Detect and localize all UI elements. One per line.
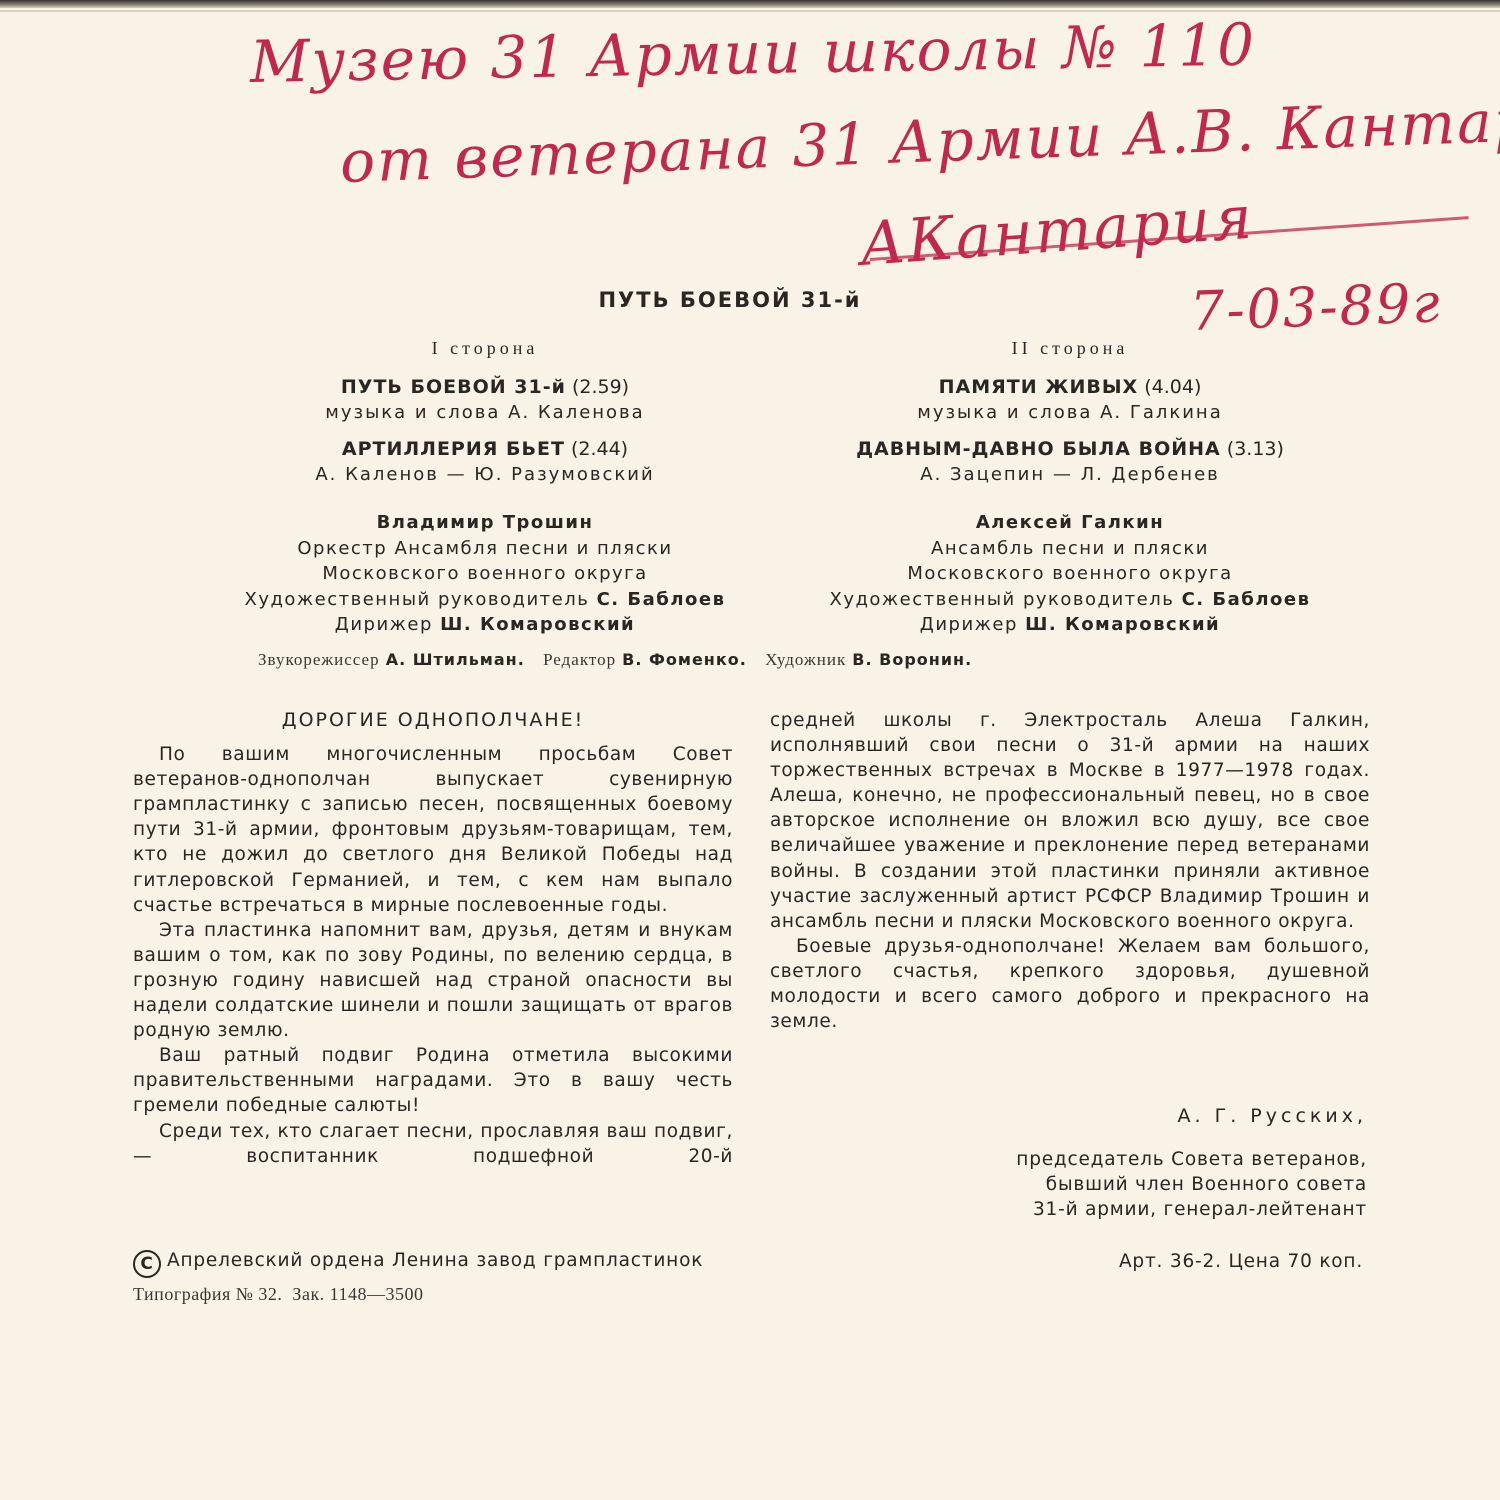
performers: Владимир Трошин Оркестр Ансамбля песни и… (195, 510, 775, 638)
letter-signature: А. Г. Русских, председатель Совета ветер… (1016, 1105, 1367, 1222)
track-title: АРТИЛЛЕРИЯ БЬЕТ (2.44) (195, 436, 775, 462)
artist-label: Художник (765, 650, 846, 669)
track-title: ДАВНЫМ-ДАВНО БЫЛА ВОЙНА (3.13) (770, 436, 1370, 462)
conductor-name: Ш. Комаровский (440, 614, 635, 635)
album-title: ПУТЬ БОЕВОЙ 31-й (0, 288, 1460, 312)
conductor-line: Дирижер Ш. Комаровский (770, 612, 1370, 638)
letter-paragraph: Эта пластинка напомнит вам, друзья, детя… (133, 918, 733, 1043)
track-credit: А. Каленов — Ю. Разумовский (195, 462, 775, 488)
performer-name: Алексей Галкин (976, 512, 1164, 533)
sleeve-top-edge (0, 0, 1500, 8)
signer-title: бывший член Военного совета (1016, 1172, 1367, 1197)
track-title: ПАМЯТИ ЖИВЫХ (4.04) (770, 374, 1370, 400)
letter-paragraph: По вашим многочисленным просьбам Совет в… (133, 742, 733, 918)
letter-paragraph: средней школы г. Электросталь Алеша Галк… (770, 708, 1370, 934)
publisher-line: CАпрелевский ордена Ленина завод грампла… (133, 1250, 703, 1278)
artist-name: В. Воронин. (852, 650, 972, 669)
signer-title: председатель Совета ветеранов, (1016, 1147, 1367, 1172)
performer-name: Владимир Трошин (377, 512, 594, 533)
conductor-label: Дирижер (335, 614, 433, 635)
letter-paragraph: Боевые друзья-однополчане! Желаем вам бо… (770, 934, 1370, 1034)
track-name: АРТИЛЛЕРИЯ БЬЕТ (342, 438, 565, 460)
printing-info: Типография № 32. Зак. 1148—3500 (133, 1284, 424, 1305)
side-one: I сторона ПУТЬ БОЕВОЙ 31-й (2.59) музыка… (195, 338, 775, 638)
letter-paragraph: Ваш ратный подвиг Родина отметила высоки… (133, 1043, 733, 1118)
director-name: С. Баблоев (1182, 589, 1311, 610)
ensemble-line: Московского военного округа (195, 561, 775, 587)
conductor-line: Дирижер Ш. Комаровский (195, 612, 775, 638)
letter-right-column: средней школы г. Электросталь Алеша Галк… (770, 708, 1370, 1034)
performers: Алексей Галкин Ансамбль песни и пляски М… (770, 510, 1370, 638)
handwritten-signature: АКантария (858, 183, 1257, 280)
sound-engineer-label: Звукорежиссер (258, 650, 380, 669)
track-credit: музыка и слова А. Галкина (770, 400, 1370, 426)
track-name: ПАМЯТИ ЖИВЫХ (939, 376, 1139, 398)
side-two: II сторона ПАМЯТИ ЖИВЫХ (4.04) музыка и … (770, 338, 1370, 638)
ensemble-line: Ансамбль песни и пляски (770, 536, 1370, 562)
sound-engineer-name: А. Штильман. (386, 650, 525, 669)
editor-label: Редактор (543, 650, 616, 669)
editor-name: В. Фоменко. (622, 650, 747, 669)
handwritten-dedication-line-2: от ветерана 31 Армии А.В. Кантария (339, 84, 1500, 196)
track-duration: (2.59) (572, 376, 629, 398)
director-line: Художественный руководитель С. Баблоев (195, 587, 775, 613)
handwritten-dedication-line-1: Музею 31 Армии школы № 110 (249, 10, 1256, 96)
letter-paragraph: Среди тех, кто слагает песни, прославляя… (133, 1119, 733, 1169)
track-credit: А. Зацепин — Л. Дербенев (770, 462, 1370, 488)
conductor-name: Ш. Комаровский (1025, 614, 1220, 635)
track-title: ПУТЬ БОЕВОЙ 31-й (2.59) (195, 374, 775, 400)
signer-name: А. Г. Русских, (1016, 1105, 1367, 1127)
track-duration: (2.44) (571, 438, 628, 460)
director-label: Художественный руководитель (244, 589, 589, 610)
director-label: Художественный руководитель (829, 589, 1174, 610)
sleeve-fold-line (0, 10, 1500, 12)
copyright-icon: C (133, 1250, 161, 1278)
track-duration: (4.04) (1144, 376, 1201, 398)
director-line: Художественный руководитель С. Баблоев (770, 587, 1370, 613)
side-one-label: I сторона (195, 338, 775, 360)
article-price: Арт. 36-2. Цена 70 коп. (1119, 1251, 1363, 1272)
ensemble-line: Московского военного округа (770, 561, 1370, 587)
track-duration: (3.13) (1227, 438, 1284, 460)
production-credits: Звукорежиссер А. Штильман. Редактор В. Ф… (258, 650, 1258, 670)
track-name: ДАВНЫМ-ДАВНО БЫЛА ВОЙНА (856, 438, 1221, 460)
letter-heading: ДОРОГИЕ ОДНОПОЛЧАНЕ! (133, 708, 733, 733)
track-credit: музыка и слова А. Каленова (195, 400, 775, 426)
ensemble-line: Оркестр Ансамбля песни и пляски (195, 536, 775, 562)
letter-left-column: ДОРОГИЕ ОДНОПОЛЧАНЕ! По вашим многочисле… (133, 708, 733, 1169)
director-name: С. Баблоев (597, 589, 726, 610)
side-two-label: II сторона (770, 338, 1370, 360)
track-name: ПУТЬ БОЕВОЙ 31-й (341, 376, 566, 398)
conductor-label: Дирижер (920, 614, 1018, 635)
signer-title: 31-й армии, генерал-лейтенант (1016, 1197, 1367, 1222)
publisher-name: Апрелевский ордена Ленина завод грамплас… (167, 1250, 703, 1271)
